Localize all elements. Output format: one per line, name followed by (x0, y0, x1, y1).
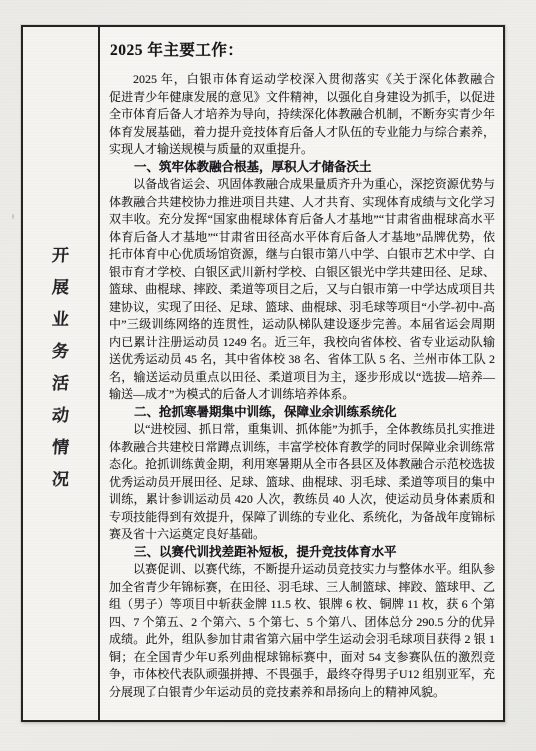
vertical-label-char: 况 (51, 471, 69, 488)
vertical-label-char: 情 (51, 439, 69, 456)
vertical-label-char: 开 (51, 247, 69, 264)
vertical-section-label: 开 展 业 务 活 动 情 况 (52, 247, 69, 488)
section-2-heading: 二、抢抓寒暑期集中训练，保障业余训练系统化 (109, 404, 495, 422)
section-1-heading: 一、筑牢体教融合根基，厚积人才储备沃土 (109, 159, 495, 177)
intro-paragraph: 2025 年，白银市体育运动学校深入贯彻落实《关于深化体教融合 促进青少年健康发… (109, 71, 495, 159)
vertical-label-char: 活 (51, 375, 69, 392)
document-title: 2025 年主要工作： (110, 38, 495, 60)
section-3-paragraph: 以赛促训、以赛代练，不断提升运动员竞技实力与整体水平。组队参加全省青少年锦标赛，… (109, 561, 495, 701)
section-2-paragraph: 以“进校园、抓日常，重集训、抓体能”为抓手，全体教练员扎实推进体教融合共建校日常… (109, 421, 495, 544)
row-label-cell: 开 展 业 务 活 动 情 况 (23, 27, 100, 720)
scan-noise-speck (12, 214, 14, 219)
report-form-table: 开 展 业 务 活 动 情 况 2025 年主要工作： 2025 年，白银市体育… (21, 25, 505, 722)
vertical-label-char: 务 (51, 343, 69, 360)
vertical-label-char: 展 (51, 279, 69, 296)
vertical-label-char: 动 (51, 407, 69, 424)
section-1-paragraph: 以备战省运会、巩固体教融合成果量质齐升为重心，深挖资源优势与体教融合共建校协力推… (109, 176, 495, 404)
vertical-label-char: 业 (51, 311, 69, 328)
scanned-report-page: { "page": { "background_color": "#ebeae6… (0, 0, 536, 751)
section-3-heading: 三、以赛代训找差距补短板，提升竞技体育水平 (109, 544, 495, 562)
report-content-cell: 2025 年主要工作： 2025 年，白银市体育运动学校深入贯彻落实《关于深化体… (100, 27, 503, 720)
